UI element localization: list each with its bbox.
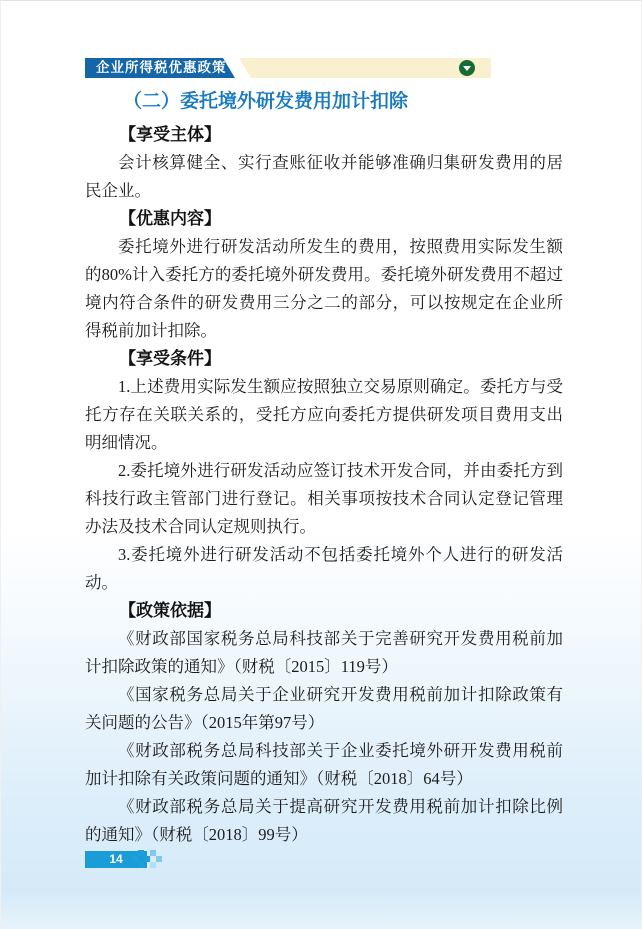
heading-policy-basis: 【政策依据】	[85, 597, 563, 625]
heading-conditions: 【享受条件】	[85, 345, 563, 373]
paragraph: 《财政部税务总局科技部关于企业委托境外研开发费用税前加计扣除有关政策问题的通知》…	[85, 737, 563, 793]
paragraph: 1.上述费用实际发生额应按照独立交易原则确定。委托方与受托方存在关联关系的，受托…	[85, 373, 563, 457]
section-title: （二）委托境外研发费用加计扣除	[85, 87, 563, 117]
green-circle-chevron-down-icon	[459, 60, 475, 76]
paragraph: 2.委托境外进行研发活动应签订技术开发合同，并由委托方到科技行政主管部门进行登记…	[85, 457, 563, 541]
heading-benefit-content: 【优惠内容】	[85, 205, 563, 233]
header-chapter-label: 企业所得税优惠政策	[85, 58, 235, 78]
header-bar	[239, 58, 491, 78]
chevron-down-icon	[463, 66, 471, 71]
document-page: 企业所得税优惠政策 （二）委托境外研发费用加计扣除 【享受主体】 会计核算健全、…	[0, 0, 642, 929]
paragraph: 《财政部国家税务总局科技部关于完善研究开发费用税前加计扣除政策的通知》（财税〔2…	[85, 625, 563, 681]
paragraph: 3.委托境外进行研发活动不包括委托境外个人进行的研发活动。	[85, 541, 563, 597]
heading-beneficiary: 【享受主体】	[85, 121, 563, 149]
pixel-checker-decoration	[132, 850, 164, 869]
paragraph: 《国家税务总局关于企业研究开发费用税前加计扣除政策有关问题的公告》（2015年第…	[85, 681, 563, 737]
paragraph: 会计核算健全、实行查账征收并能够准确归集研发费用的居民企业。	[85, 149, 563, 205]
page-content: （二）委托境外研发费用加计扣除 【享受主体】 会计核算健全、实行查账征收并能够准…	[85, 87, 563, 849]
paragraph: 委托境外进行研发活动所发生的费用，按照费用实际发生额的80%计入委托方的委托境外…	[85, 233, 563, 345]
paragraph: 《财政部税务总局关于提高研究开发费用税前加计扣除比例的通知》（财税〔2018〕9…	[85, 793, 563, 849]
